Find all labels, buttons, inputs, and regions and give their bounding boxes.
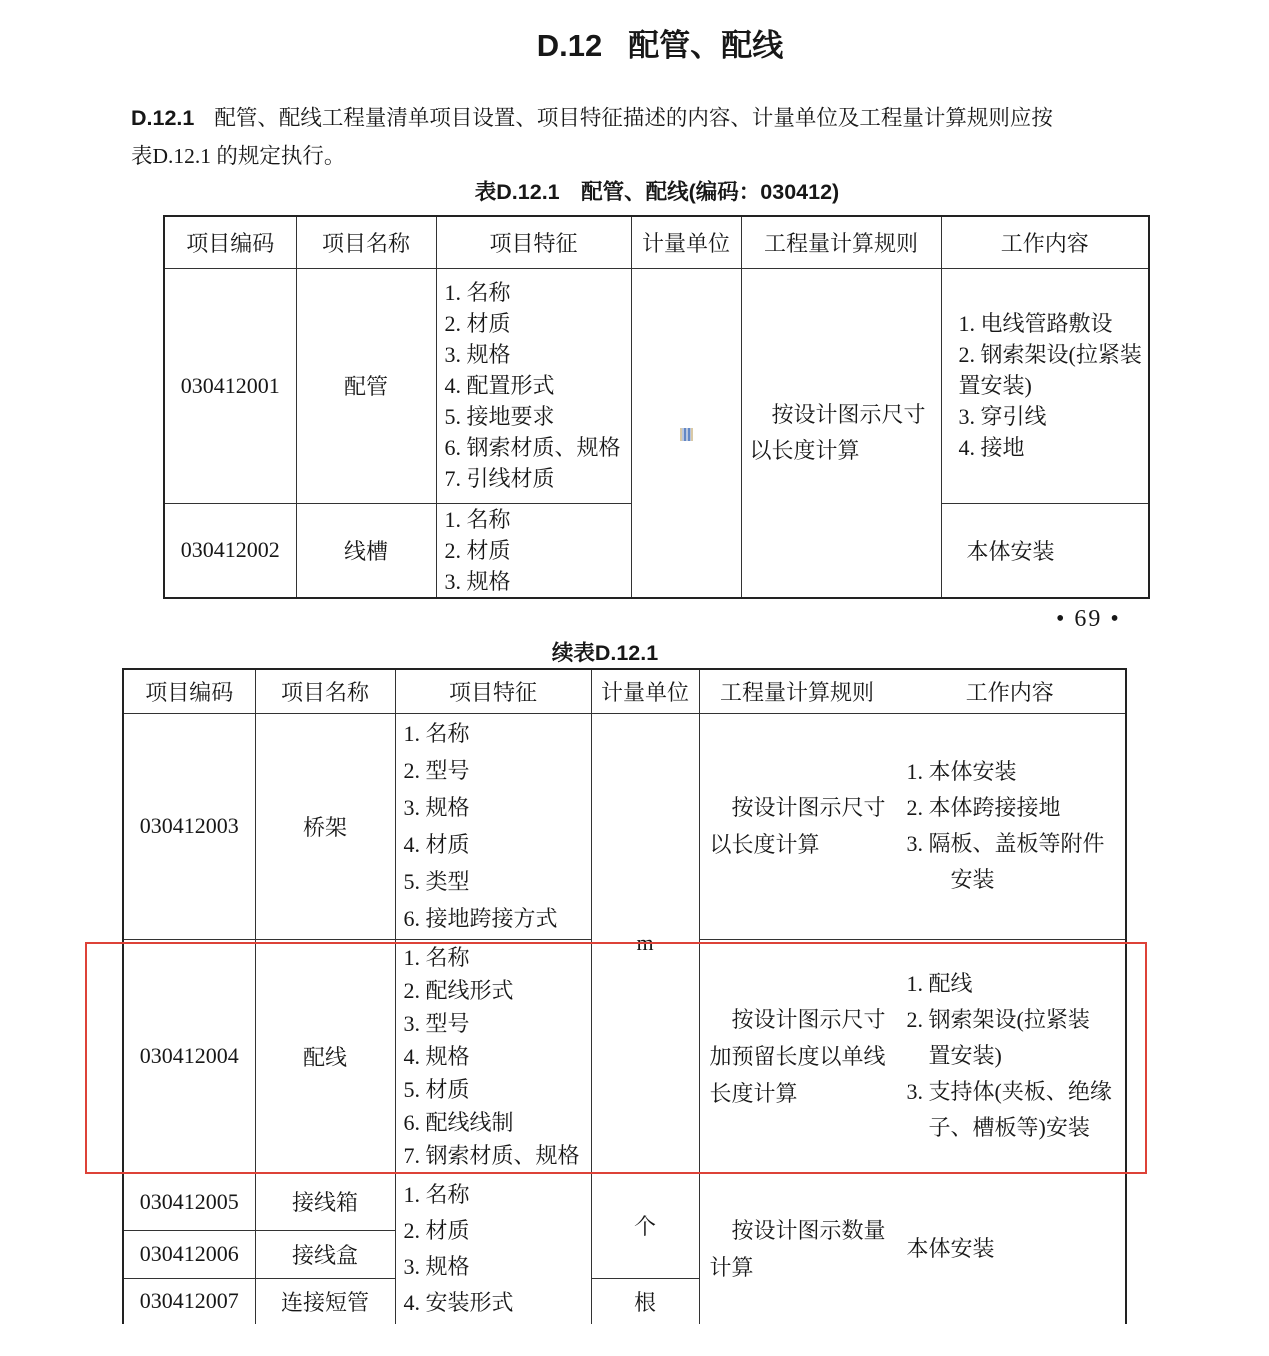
col-header-project-code: 项目编码 xyxy=(123,669,255,713)
col-header-project-features: 项目特征 xyxy=(395,669,591,713)
project-code-cell: 030412002 xyxy=(164,503,296,598)
table1-caption: 表D.12.1 配管、配线(编码：030412) xyxy=(47,175,1267,206)
calc-rule-text: 按设计图示尺寸加预留长度以单线长度计算 xyxy=(700,1001,895,1112)
work-content-cell: 1. 电线管路敷设2. 钢索架设(拉紧装置安装)3. 穿引线4. 接地 xyxy=(941,268,1149,503)
unit-cell: 根 xyxy=(591,1278,699,1324)
rule-work-cell: 按设计图示尺寸加预留长度以单线长度计算 1. 配线2. 钢索架设(拉紧装 置安装… xyxy=(699,939,1126,1173)
col-header-unit: 计量单位 xyxy=(591,669,699,713)
project-code-cell: 030412004 xyxy=(123,939,255,1173)
table1: 项目编码 项目名称 项目特征 计量单位 工程量计算规则 工作内容 0304120… xyxy=(163,215,1150,599)
col-header-project-name: 项目名称 xyxy=(255,669,395,713)
unit-m-artifact xyxy=(680,428,693,441)
col-header-project-name: 项目名称 xyxy=(296,216,436,268)
page-number: • 69 • xyxy=(1056,606,1121,633)
col-header-project-features: 项目特征 xyxy=(436,216,631,268)
work-content-text: 1. 本体安装2. 本体跨接接地3. 隔板、盖板等附件 安装 xyxy=(895,754,1126,898)
work-content-text: 1. 配线2. 钢索架设(拉紧装 置安装)3. 支持体(夹板、绝缘 子、槽板等)… xyxy=(895,966,1126,1146)
project-name-cell: 接线箱 xyxy=(255,1173,395,1230)
col-header-unit: 计量单位 xyxy=(631,216,741,268)
project-name-cell: 线槽 xyxy=(296,503,436,598)
project-name-cell: 配管 xyxy=(296,268,436,503)
clause-text: 配管、配线工程量清单项目设置、项目特征描述的内容、计量单位及工程量计算规则应按 xyxy=(214,106,1053,130)
project-code-cell: 030412006 xyxy=(123,1230,255,1278)
document-page: D.12配管、配线 D.12.1配管、配线工程量清单项目设置、项目特征描述的内容… xyxy=(0,0,1269,1356)
rule-work-cell-shared: 按设计图示数量计算 本体安装 xyxy=(699,1173,1126,1324)
features-cell: 1. 名称2. 型号3. 规格4. 材质5. 类型6. 接地跨接方式 xyxy=(395,713,591,939)
col-header-project-code: 项目编码 xyxy=(164,216,296,268)
project-code-cell: 030412001 xyxy=(164,268,296,503)
col-header-work-content: 工作内容 xyxy=(941,216,1149,268)
project-name-cell: 桥架 xyxy=(255,713,395,939)
project-code-cell: 030412007 xyxy=(123,1278,255,1324)
col-header-rule-and-work: 工程量计算规则 工作内容 xyxy=(699,669,1126,713)
rule-work-cell: 按设计图示尺寸以长度计算 1. 本体安装2. 本体跨接接地3. 隔板、盖板等附件… xyxy=(699,713,1126,939)
section-title-text: 配管、配线 xyxy=(628,28,783,63)
table2-row-030412005: 030412005 接线箱 1. 名称2. 材质3. 规格4. 安装形式 个 按… xyxy=(123,1173,1126,1230)
project-code-cell: 030412005 xyxy=(123,1173,255,1230)
section-number: D.12 xyxy=(537,28,602,63)
unit-cell: m xyxy=(591,713,699,1173)
project-name-cell: 配线 xyxy=(255,939,395,1173)
features-cell-shared: 1. 名称2. 材质3. 规格4. 安装形式 xyxy=(395,1173,591,1324)
table2-continuation: 项目编码 项目名称 项目特征 计量单位 工程量计算规则 工作内容 0304120… xyxy=(122,668,1127,1324)
clause-number: D.12.1 xyxy=(131,106,194,130)
work-content-text: 本体安装 xyxy=(895,1231,1126,1267)
table2-caption: 续表D.12.1 xyxy=(0,636,1210,667)
unit-cell: 个 xyxy=(591,1173,699,1278)
features-cell: 1. 名称2. 配线形式3. 型号4. 规格5. 材质6. 配线线制7. 钢索材… xyxy=(395,939,591,1173)
col-header-work-content: 工作内容 xyxy=(895,676,1126,707)
project-code-cell: 030412003 xyxy=(123,713,255,939)
col-header-calc-rule: 工程量计算规则 xyxy=(741,216,941,268)
table2-header-row: 项目编码 项目名称 项目特征 计量单位 工程量计算规则 工作内容 xyxy=(123,669,1126,713)
section-title: D.12配管、配线 xyxy=(50,26,1269,66)
col-header-calc-rule: 工程量计算规则 xyxy=(700,676,895,707)
project-name-cell: 接线盒 xyxy=(255,1230,395,1278)
clause-line-2: 表D.12.1 的规定执行。 xyxy=(131,137,1191,175)
features-cell: 1. 名称2. 材质3. 规格4. 配置形式5. 接地要求6. 钢索材质、规格7… xyxy=(436,268,631,503)
calc-rule-text: 按设计图示尺寸以长度计算 xyxy=(700,789,895,863)
unit-cell: m xyxy=(631,268,741,598)
clause-line-1: D.12.1配管、配线工程量清单项目设置、项目特征描述的内容、计量单位及工程量计… xyxy=(131,99,1191,137)
work-content-cell: 本体安装 xyxy=(941,503,1149,598)
table1-header-row: 项目编码 项目名称 项目特征 计量单位 工程量计算规则 工作内容 xyxy=(164,216,1149,268)
table1-row-030412001: 030412001 配管 1. 名称2. 材质3. 规格4. 配置形式5. 接地… xyxy=(164,268,1149,503)
table2-row-030412003: 030412003 桥架 1. 名称2. 型号3. 规格4. 材质5. 类型6.… xyxy=(123,713,1126,939)
clause-paragraph: D.12.1配管、配线工程量清单项目设置、项目特征描述的内容、计量单位及工程量计… xyxy=(131,99,1191,175)
calc-rule-cell: 按设计图示尺寸以长度计算 xyxy=(741,268,941,598)
calc-rule-text: 按设计图示数量计算 xyxy=(700,1212,895,1286)
project-name-cell: 连接短管 xyxy=(255,1278,395,1324)
features-cell: 1. 名称2. 材质3. 规格 xyxy=(436,503,631,598)
